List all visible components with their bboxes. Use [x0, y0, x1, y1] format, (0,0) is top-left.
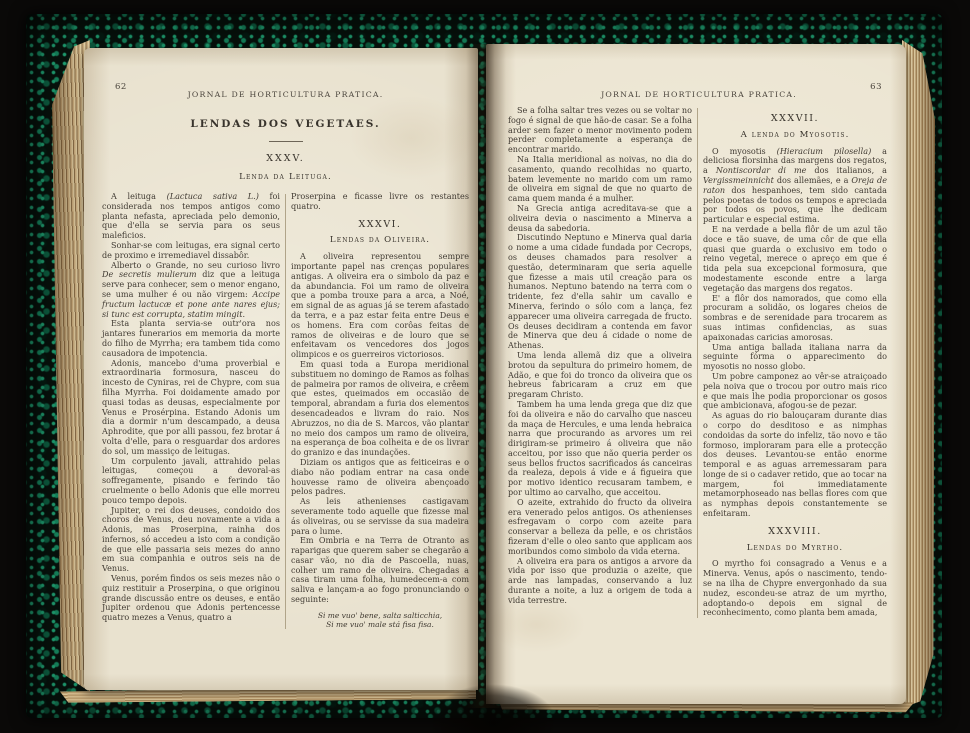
column-divider: [285, 194, 286, 629]
paragraph: Diziam os antigos que as feiticeiras e o…: [291, 458, 469, 497]
paragraph: Uma lenda allemã diz que a oliveira brot…: [508, 351, 692, 400]
page-edge-stack-right: [902, 40, 935, 708]
section-number: XXXVII.: [703, 114, 887, 124]
section-title: Lendas da Oliveira.: [291, 236, 469, 246]
paragraph: Discutindo Neptuno e Minerva qual daria …: [508, 233, 692, 351]
paragraph: Tambem ha uma lenda grega que diz que fo…: [508, 400, 692, 498]
paragraph: O azeite, extrahido do fructo da oliveir…: [508, 498, 692, 557]
section-number: XXXVIII.: [703, 527, 887, 537]
paragraph: E' a flôr dos namorados, que como ella p…: [703, 294, 887, 343]
paragraph: As aguas do rio balouçaram durante dias …: [703, 411, 887, 519]
title-block: LENDAS DOS VEGETAES. XXXV. Lenda da Leit…: [102, 118, 469, 182]
paragraph: Se a folha saltar tres vezes ou se volta…: [508, 106, 692, 155]
left-page-columns: A leituga (Lactuca sativa L.) foi consid…: [102, 192, 469, 629]
paragraph: A oliveira era para os antigos a arvore …: [508, 557, 692, 606]
page-number: 63: [870, 82, 882, 92]
paragraph: Na Grecia antiga acreditava-se que a oli…: [508, 204, 692, 233]
text-column-2: XXXVII.A lenda do Myosotis.O myosotis (H…: [703, 106, 887, 618]
page-title: LENDAS DOS VEGETAES.: [102, 118, 469, 130]
text-column-1: A leituga (Lactuca sativa L.) foi consid…: [102, 192, 280, 623]
paragraph: Esta planta servia-se outr'ora nos janta…: [102, 319, 280, 358]
right-page-columns: Se a folha saltar tres vezes ou se volta…: [508, 106, 890, 618]
column-divider: [697, 108, 698, 618]
right-page-header: JORNAL DE HORTICULTURA PRATICA. 63: [508, 82, 890, 94]
paragraph: Uma antiga ballada italiana narra da seg…: [703, 343, 887, 372]
text-column-2: Proserpina e ficasse livre os restantes …: [291, 192, 469, 629]
paragraph: A leituga (Lactuca sativa L.) foi consid…: [102, 192, 280, 241]
paragraph: Um pobre camponez ao vêr-se atraiçoado p…: [703, 372, 887, 411]
right-page: JORNAL DE HORTICULTURA PRATICA. 63 Se a …: [486, 44, 906, 704]
text-column-1: Se a folha saltar tres vezes ou se volta…: [508, 106, 692, 606]
title-rule: [269, 141, 303, 142]
verse: Si me vuo' bene, salta salticchia,Si me …: [291, 611, 469, 629]
paragraph: A oliveira representou sempre importante…: [291, 252, 469, 360]
paragraph: Proserpina e ficasse livre os restantes …: [291, 192, 469, 212]
scanned-book-viewer: { "colors":{"cover_teal":"#1fa273","page…: [0, 0, 970, 733]
paragraph: Em Ombria e na Terra de Otranto as rapar…: [291, 536, 469, 605]
running-header: JORNAL DE HORTICULTURA PRATICA.: [601, 90, 797, 99]
paragraph: Alberto o Grande, no seu curioso livro D…: [102, 261, 280, 320]
paragraph: O myrtho foi consagrado a Venus e a Mine…: [703, 559, 887, 618]
section-title: Lenda da Leituga.: [102, 172, 469, 182]
paragraph: Em quasi toda a Europa meridional substi…: [291, 360, 469, 458]
paragraph: Adonis, mancebo d'uma proverbial e extra…: [102, 359, 280, 457]
running-header: JORNAL DE HORTICULTURA PRATICA.: [188, 90, 384, 99]
section-number: XXXVI.: [291, 220, 469, 230]
paragraph: O myosotis (Hieracium pilosella) a delic…: [703, 147, 887, 225]
paragraph: Um corpulento javali, attrahido pelas le…: [102, 457, 280, 506]
section-title: A lenda do Myosotis.: [703, 131, 887, 141]
paragraph: As leis athenienses castigavam severamen…: [291, 497, 469, 536]
paragraph: E na verdade a bella flôr de um azul tão…: [703, 225, 887, 294]
left-page-header: 62 JORNAL DE HORTICULTURA PRATICA.: [102, 82, 469, 94]
paragraph: Sonhar-se com leitugas, era signal certo…: [102, 241, 280, 261]
paragraph: Jupiter, o rei dos deuses, condoido dos …: [102, 506, 280, 575]
left-page: 62 JORNAL DE HORTICULTURA PRATICA. LENDA…: [84, 48, 478, 690]
section-title: Lendas do Myrtho.: [703, 544, 887, 554]
paragraph: Venus, porém findos os seis mezes não o …: [102, 574, 280, 623]
section-number: XXXV.: [102, 153, 469, 164]
page-number: 62: [115, 82, 127, 92]
paragraph: Na Italia meridional as noivas, no dia d…: [508, 155, 692, 204]
